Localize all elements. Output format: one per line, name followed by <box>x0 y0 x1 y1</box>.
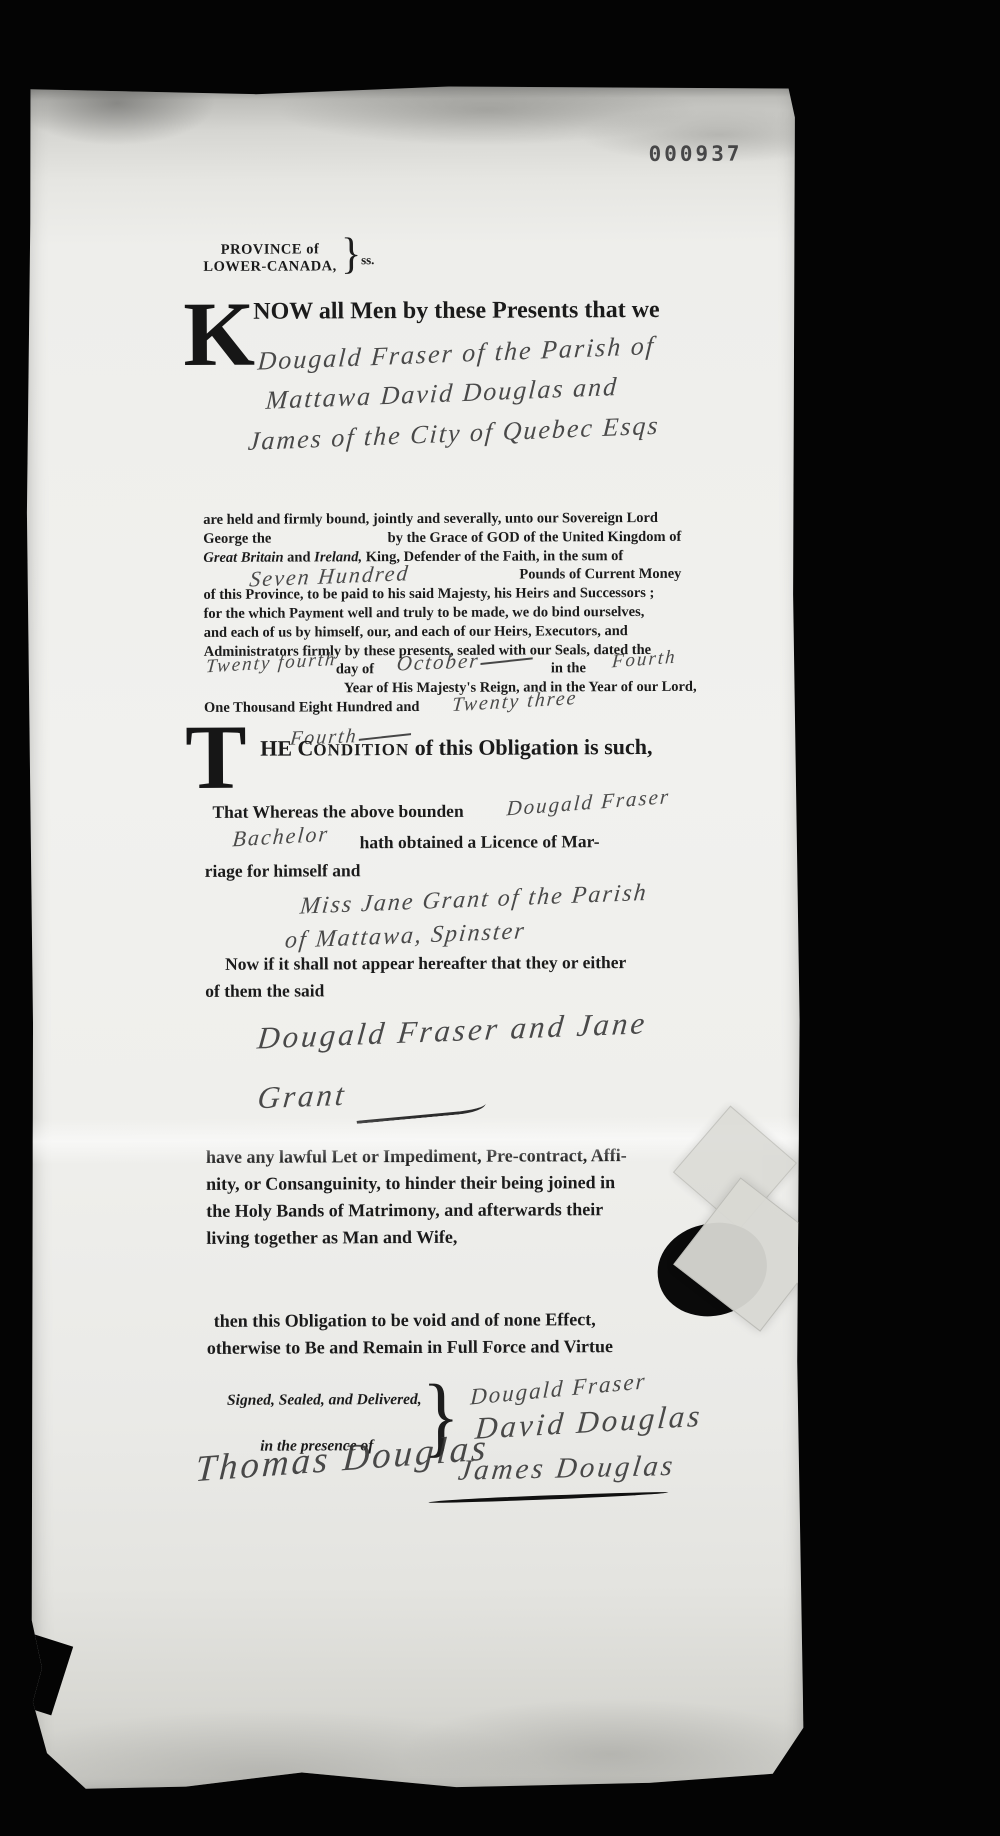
handwritten-bride-line-1: Miss Jane Grant of the Parish <box>299 880 649 921</box>
drop-cap-t: T <box>185 722 247 794</box>
bond-date-line: Twenty fourth day of October in the Four… <box>204 659 682 680</box>
impediment-line-4: living together as Man and Wife, <box>206 1223 686 1252</box>
province-heading: PROVINCE of LOWER-CANADA, <box>180 241 360 276</box>
whereas-line-2: hath obtained a Licence of Mar- <box>360 831 600 853</box>
bond-line-6: for the which Payment well and truly to … <box>204 603 682 624</box>
page-number-stamp: 000937 <box>649 142 743 166</box>
condition-pre: HE C <box>260 735 313 760</box>
attestation-line-1: Signed, Sealed, and Delivered, <box>227 1391 422 1410</box>
bond-line-1: are held and firmly bound, jointly and s… <box>203 509 681 530</box>
handwritten-year: Twenty three <box>451 689 578 715</box>
whereas-line-5: of them the said <box>205 980 324 1002</box>
whereas-block: That Whereas the above bounden Dougald F… <box>204 800 704 802</box>
handwritten-day-number: Twenty fourth <box>205 651 337 677</box>
void-line-1: then this Obligation to be void and of n… <box>207 1306 687 1335</box>
handwritten-sum-amount: Seven Hundred <box>249 564 411 589</box>
impediment-line-3: the Holy Bands of Matrimony, and afterwa… <box>206 1196 686 1225</box>
whereas-line-1: That Whereas the above bounden <box>212 801 463 823</box>
handwritten-parties-line-1: Dougald Fraser of the Parish of <box>257 331 657 377</box>
bond-paragraph: are held and firmly bound, jointly and s… <box>203 509 682 739</box>
ss-label: ss. <box>361 252 374 268</box>
condition-post: of this Obligation is such, <box>409 734 652 760</box>
handwritten-month: October <box>396 652 481 674</box>
impediment-line-2: nity, or Consanguinity, to hinder their … <box>206 1169 686 1198</box>
handwritten-parties-line-3: James of the City of Quebec Esqs <box>247 411 661 457</box>
condition-smallcaps: ONDITION <box>313 740 409 759</box>
heading-brace: } <box>341 232 361 276</box>
handwritten-parties-line-2: Mattawa David Douglas and <box>265 372 619 416</box>
signature-james-douglas: James Douglas <box>456 1450 677 1488</box>
drop-cap-k: K <box>183 299 255 371</box>
void-clause: then this Obligation to be void and of n… <box>207 1306 687 1361</box>
handwritten-groom-status: Bachelor <box>232 821 331 853</box>
handwritten-couple-line-2: Grant <box>256 1077 349 1117</box>
bond-line-11: One Thousand Eight Hundred and Twenty th… <box>204 697 682 718</box>
condition-line: HE CONDITION of this Obligation is such, <box>260 734 652 762</box>
handwritten-bride-line-2: of Mattawa, Spinster <box>284 918 527 955</box>
whereas-line-4: Now if it shall not appear hereafter tha… <box>225 952 626 975</box>
handwritten-regnal-year: Fourth <box>611 649 677 673</box>
scan-edge-notch <box>11 1634 73 1715</box>
province-line-1: PROVINCE of <box>180 241 360 259</box>
whereas-line-3: riage for himself and <box>205 860 361 882</box>
in-the-label: in the <box>551 660 586 679</box>
bond-line-10: Year of His Majesty's Reign, and in the … <box>204 678 682 699</box>
bond-line-2-post: by the Grace of GOD of the United Kingdo… <box>388 528 682 548</box>
signature-thomas-douglas: Thomas Douglas <box>194 1426 490 1491</box>
void-line-2: otherwise to Be and Remain in Full Force… <box>207 1332 687 1361</box>
bond-line-2: George the by the Grace of GOD of the Un… <box>203 528 681 549</box>
bond-line-7: and each of us by himself, our, and each… <box>204 622 682 643</box>
opening-line: NOW all Men by these Presents that we <box>253 297 660 326</box>
bond-line-3: Great Britain and Ireland, King, Defende… <box>203 546 681 567</box>
handwritten-couple-line-1: Dougald Fraser and Jane <box>256 1005 649 1056</box>
bond-line-3-italic-1: Great Britain <box>203 549 283 565</box>
bond-line-3-mid: and <box>287 549 310 565</box>
bond-line-2-pre: George the <box>203 529 271 548</box>
day-of-label: day of <box>336 661 374 680</box>
signature-underline <box>428 1491 668 1504</box>
scanned-document-page: 000937 PROVINCE of LOWER-CANADA, } ss. K… <box>24 83 803 1790</box>
handwritten-groom-name: Dougald Fraser <box>506 784 671 821</box>
province-line-2: LOWER-CANADA, <box>180 258 360 276</box>
